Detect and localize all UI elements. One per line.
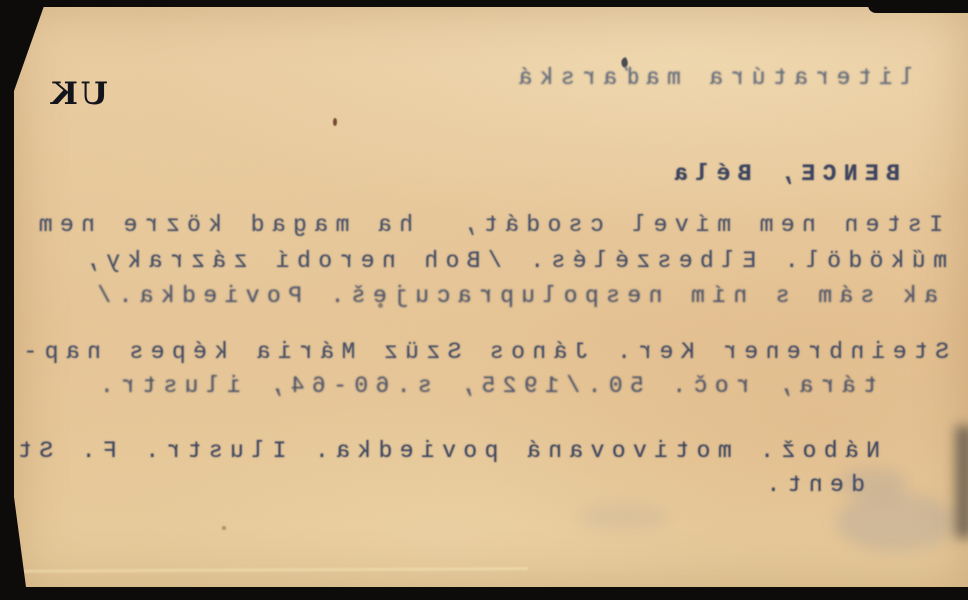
note-line-1: Nábož. motivovaná poviedka. Ilustr. F. S… — [13, 440, 880, 463]
scan-border-widening-corner — [14, 497, 26, 587]
paper-speck — [333, 118, 337, 126]
paper-speck — [222, 526, 226, 530]
scanned-catalog-card: literatúra maďarská UK BENCE, Béla Isten… — [0, 0, 968, 600]
library-stamp: UK — [48, 76, 108, 112]
scan-border-diagonal-corner — [14, 6, 44, 91]
source-line-1: Steinbrener Ker. János Szüz Mária képes … — [16, 341, 949, 364]
ink-bleed-smudge — [836, 493, 956, 551]
scan-border-bottom — [0, 587, 968, 600]
paper-crease — [13, 568, 528, 573]
title-line-1: Isten nem mível csodát, ha magad közre n… — [31, 214, 943, 237]
scan-border-side — [0, 0, 14, 600]
title-line-2: működöl. Elbeszélés. /Boh nerobí zázraky… — [78, 250, 947, 273]
catalog-card-paper: literatúra maďarská UK BENCE, Béla Isten… — [13, 6, 968, 588]
mirrored-card-layer: literatúra maďarská UK BENCE, Béla Isten… — [0, 0, 968, 600]
ink-bleed-smudge — [838, 468, 908, 498]
scan-border-top — [0, 0, 968, 7]
ink-bleed-smudge — [578, 504, 668, 530]
paper-speck — [378, 303, 383, 308]
title-line-3: ak sám s ním nespolupracuješ. Poviedka./ — [90, 285, 938, 308]
source-line-2: tára, roč. 50./1925, s.60-64, ilustr. — [93, 375, 877, 398]
scan-border-corner — [868, 0, 968, 13]
edge-shadow-smudge — [956, 426, 968, 538]
classification-heading: literatúra maďarská — [511, 67, 914, 90]
author-heading: BENCE, Béla — [667, 163, 900, 186]
